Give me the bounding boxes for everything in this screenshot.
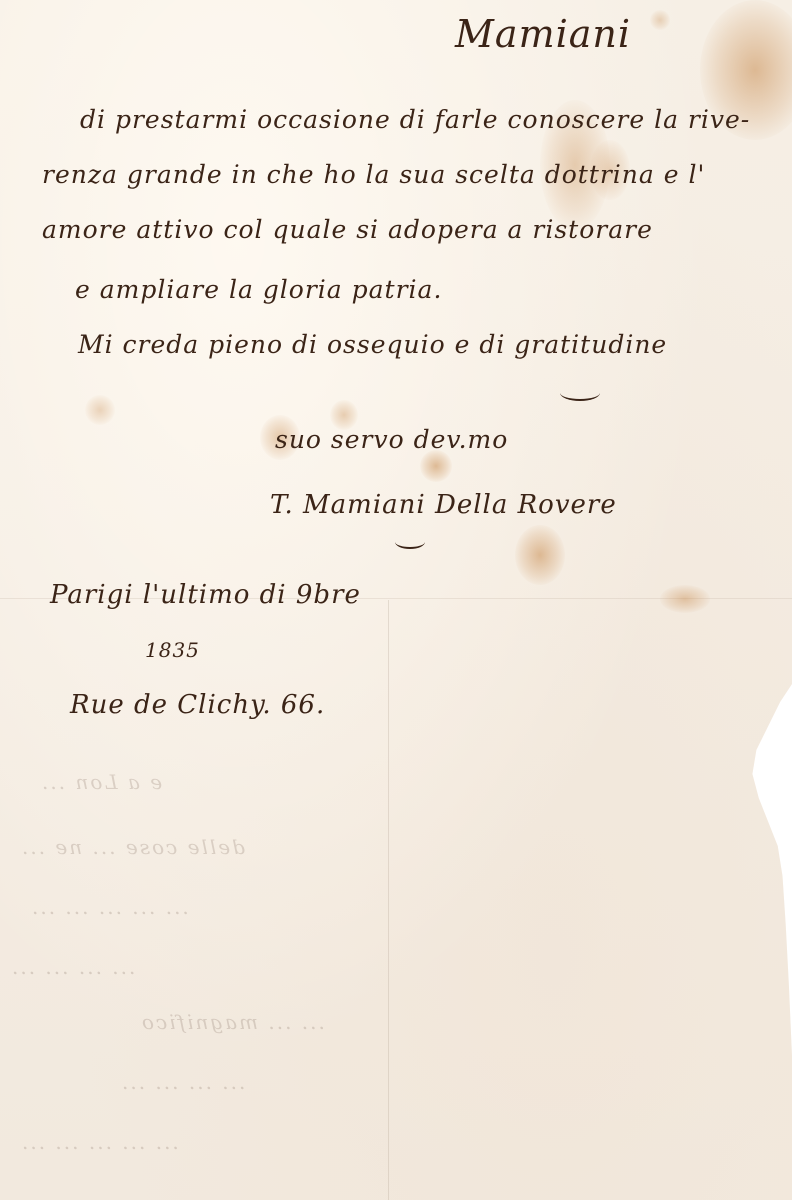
paper-sheet: e a Lon ... delle cose ... ne ... ... ..… [0, 0, 792, 1200]
body-line: e ampliare la gloria patria. [75, 275, 442, 304]
bleed-through-line: ... ... ... ... ... [30, 895, 189, 919]
signature: T. Mamiani Della Rovere [270, 490, 617, 520]
letter-page: e a Lon ... delle cose ... ne ... ... ..… [0, 0, 792, 1200]
bleed-through-line: ... ... magnifico [140, 1010, 325, 1034]
fold-line-vertical [388, 600, 389, 1200]
body-line: di prestarmi occasione di farle conoscer… [80, 105, 750, 134]
bleed-through-line: e a Lon ... [40, 770, 162, 794]
stain-left [85, 395, 115, 425]
stain-right-mid [660, 585, 710, 613]
flourish-2 [395, 535, 425, 549]
bleed-through-line: ... ... ... ... [10, 955, 135, 979]
body-line: renza grande in che ho la sua scelta dot… [42, 160, 705, 189]
bleed-through-line: delle cose ... ne ... [20, 835, 245, 859]
body-line: amore attivo col quale si adopera a rist… [42, 215, 653, 244]
bleed-through-line: ... ... ... ... ... [20, 1130, 179, 1154]
bleed-through-line: ... ... ... ... [120, 1070, 245, 1094]
year: 1835 [145, 638, 200, 662]
stain-signature [515, 525, 565, 585]
place-date: Parigi l'ultimo di 9bre [50, 580, 361, 610]
closing: suo servo dev.mo [275, 425, 508, 454]
stain-closing-3 [420, 450, 452, 482]
stain-small-1 [650, 10, 670, 30]
body-line: Mi creda pieno di ossequio e di gratitud… [78, 330, 667, 359]
address: Rue de Clichy. 66. [70, 690, 325, 720]
flourish-1 [560, 385, 600, 401]
header-name: Mamiani [455, 12, 631, 56]
